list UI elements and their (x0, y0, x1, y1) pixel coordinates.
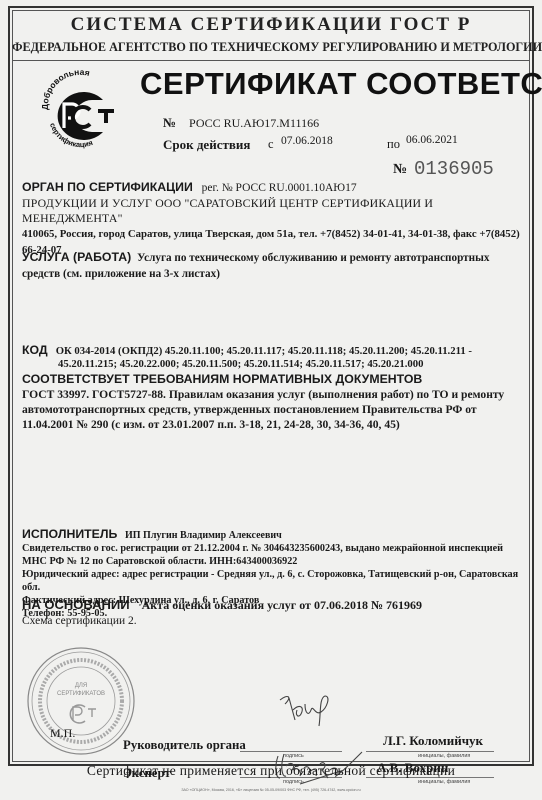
executor-name: ИП Плугин Владимир Алексеевич (125, 530, 282, 541)
norms-section: СООТВЕТСТВУЕТ ТРЕБОВАНИЯМ НОРМАТИВНЫХ ДО… (22, 372, 522, 432)
head-signature-icon (275, 690, 335, 730)
certification-scheme: Схема сертификации 2. (22, 615, 137, 627)
executor-label: ИСПОЛНИТЕЛЬ (22, 527, 117, 541)
serial-label: № (393, 162, 407, 178)
head-of-body-name: Л.Г. Коломийчук (383, 733, 483, 749)
expert-name-caption: инициалы, фамилия (418, 779, 470, 785)
executor-registration: Свидетельство о гос. регистрации от 21.1… (22, 543, 503, 567)
certificate-title: СЕРТИФИКАТ СООТВЕТСТВИЯ (140, 66, 542, 102)
code-section: КОД ОК 034-2014 (ОКПД2) 45.20.11.100; 45… (22, 344, 522, 371)
certificate-number: РОСС RU.АЮ17.М11166 (189, 116, 319, 131)
valid-to-label: по (387, 137, 400, 152)
service-section: УСЛУГА (РАБОТА) Услуга по техническому о… (22, 250, 522, 282)
stamp-text-1: ДЛЯ (75, 683, 87, 689)
certification-body-section: ОРГАН ПО СЕРТИФИКАЦИИ рег. № РОСС RU.000… (22, 180, 522, 258)
number-label: № (163, 115, 176, 131)
executor-legal-address: Юридический адрес: адрес регистрации - С… (22, 569, 518, 593)
printer-info: ЗАО «ОПЦИОН», Москва, 2016, «Б» лицензия… (12, 788, 530, 792)
code-line-1: ОК 034-2014 (ОКПД2) 45.20.11.100; 45.20.… (56, 345, 472, 357)
system-title: СИСТЕМА СЕРТИФИКАЦИИ ГОСТ Р (12, 14, 530, 36)
head-of-body-label: Руководитель органа (123, 738, 246, 753)
head-name-line (366, 751, 494, 752)
service-label: УСЛУГА (РАБОТА) (22, 250, 131, 264)
agency-title: ФЕДЕРАЛЬНОЕ АГЕНТСТВО ПО ТЕХНИЧЕСКОМУ РЕ… (12, 40, 530, 55)
disclaimer-text: Сертификат не применяется при обязательн… (12, 763, 530, 779)
basis-text: Акта оценки оказания услуг от 07.06.2018… (142, 598, 422, 612)
certification-body-name: ПРОДУКЦИИ И УСЛУГ ООО "САРАТОВСКИЙ ЦЕНТР… (22, 196, 433, 225)
certification-body-reg: рег. № РОСС RU.0001.10АЮ17 (202, 182, 357, 194)
gost-r-logo-icon: Добровольная сертификация (40, 70, 120, 152)
certification-body-label: ОРГАН ПО СЕРТИФИКАЦИИ (22, 180, 193, 194)
header-divider (12, 60, 530, 61)
norms-label: СООТВЕТСТВУЕТ ТРЕБОВАНИЯМ НОРМАТИВНЫХ ДО… (22, 372, 422, 386)
valid-from-date: 07.06.2018 (281, 135, 333, 147)
serial-number: 0136905 (414, 158, 494, 180)
basis-label: НА ОСНОВАНИИ (22, 597, 130, 612)
stamp-text-2: СЕРТИФИКАТОВ (57, 691, 105, 697)
validity-label: Срок действия (163, 137, 250, 153)
basis-section: НА ОСНОВАНИИ Акта оценки оказания услуг … (22, 597, 527, 629)
mp-label: М.П. (50, 726, 75, 741)
code-line-2: 45.20.11.215; 45.20.22.000; 45.20.11.500… (22, 358, 522, 371)
code-label: КОД (22, 343, 48, 357)
valid-from-label: с (268, 137, 274, 152)
norms-text: ГОСТ 33997. ГОСТ5727-88. Правилам оказан… (22, 388, 504, 431)
head-name-caption: инициалы, фамилия (418, 753, 470, 759)
seal-stamp-icon: ДЛЯ СЕРТИФИКАТОВ (25, 645, 137, 757)
valid-to-date: 06.06.2021 (406, 134, 458, 146)
